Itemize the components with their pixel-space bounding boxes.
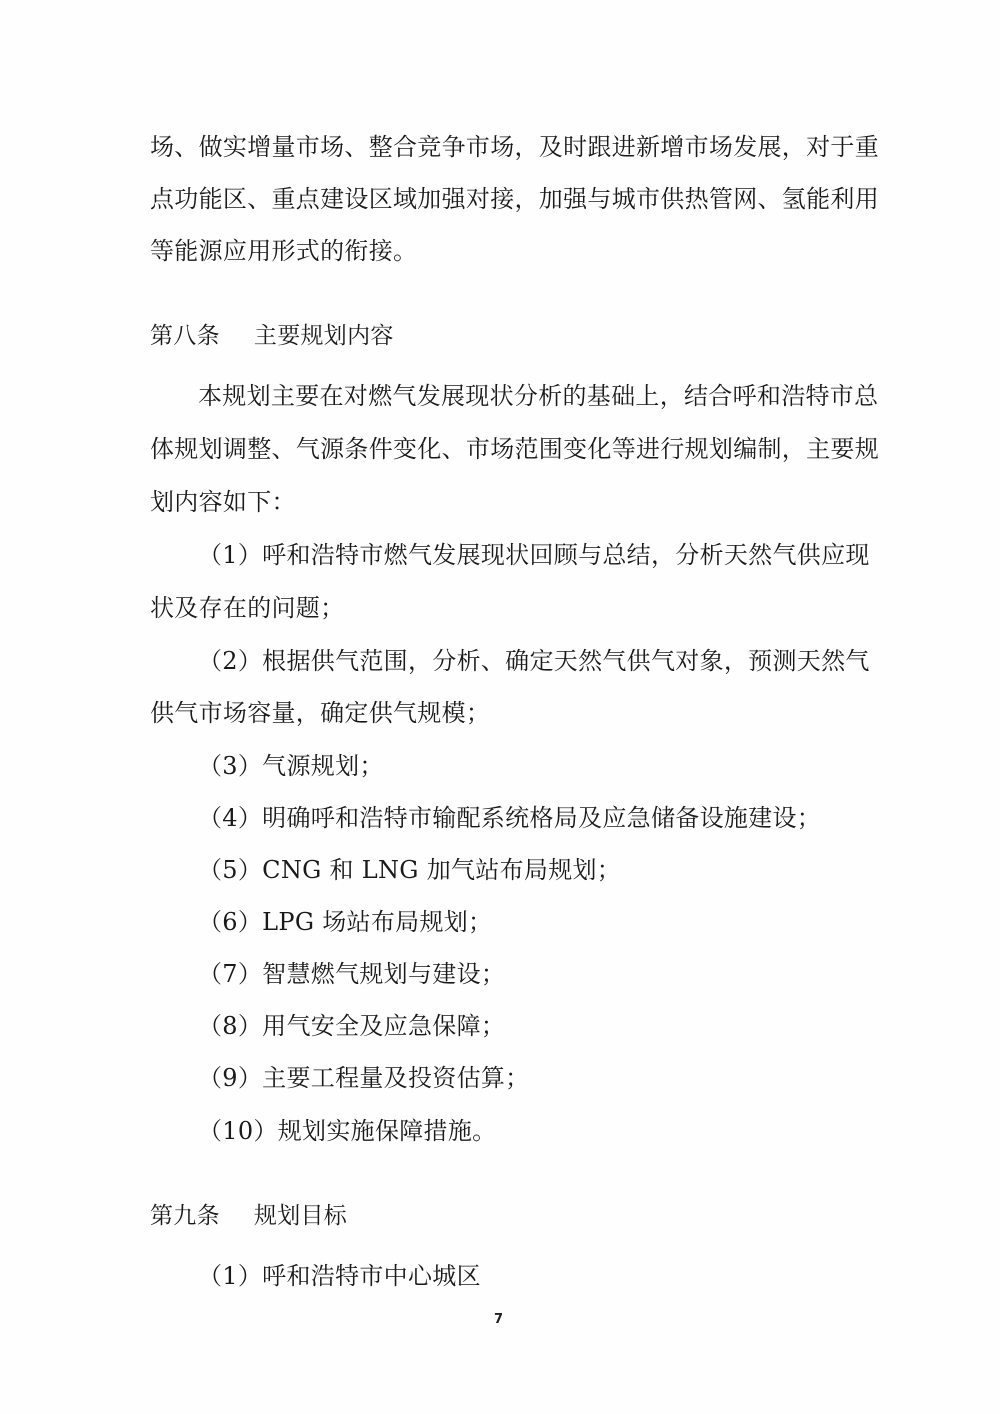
list-item: （2）根据供气范围，分析、确定天然气供气对象，预测天然气 <box>198 646 850 676</box>
paragraph-line: 本规划主要在对燃气发展现状分析的基础上，结合呼和浩特市总 <box>198 381 850 411</box>
paragraph-line: 等能源应用形式的衔接。 <box>150 236 417 266</box>
list-item: （9）主要工程量及投资估算； <box>198 1063 529 1093</box>
list-item: （10）规划实施保障措施。 <box>198 1116 496 1146</box>
list-item: （1）呼和浩特市燃气发展现状回顾与总结，分析天然气供应现 <box>198 540 850 570</box>
list-item: （3）气源规划； <box>198 751 384 781</box>
list-item: （6）LPG 场站布局规划； <box>198 907 492 937</box>
list-item: （5）CNG 和 LNG 加气站布局规划； <box>198 855 621 885</box>
paragraph-line: 场、做实增量市场、整合竞争市场，及时跟进新增市场发展，对于重 <box>150 132 850 162</box>
article-number: 第九条 <box>150 1203 220 1229</box>
article-number: 第八条 <box>150 323 220 349</box>
paragraph-line: 点功能区、重点建设区域加强对接，加强与城市供热管网、氢能利用 <box>150 184 850 214</box>
list-item: （4）明确呼和浩特市输配系统格局及应急储备设施建设； <box>198 803 821 833</box>
list-item-continuation: 供气市场容量，确定供气规模； <box>150 698 490 728</box>
list-item: （7）智慧燃气规划与建设； <box>198 959 505 989</box>
paragraph-line: 体规划调整、气源条件变化、市场范围变化等进行规划编制，主要规 <box>150 434 850 464</box>
list-item: （8）用气安全及应急保障； <box>198 1011 505 1041</box>
article-8-heading: 第八条主要规划内容 <box>150 321 394 351</box>
list-item: （1）呼和浩特市中心城区 <box>198 1261 481 1291</box>
page-number: 7 <box>494 1312 503 1327</box>
paragraph-line: 划内容如下： <box>150 487 296 517</box>
article-title: 规划目标 <box>254 1203 347 1229</box>
article-title: 主要规划内容 <box>254 323 394 349</box>
article-9-heading: 第九条规划目标 <box>150 1201 347 1231</box>
list-item-continuation: 状及存在的问题； <box>150 593 344 623</box>
document-page: 场、做实增量市场、整合竞争市场，及时跟进新增市场发展，对于重 点功能区、重点建设… <box>0 0 1000 1414</box>
